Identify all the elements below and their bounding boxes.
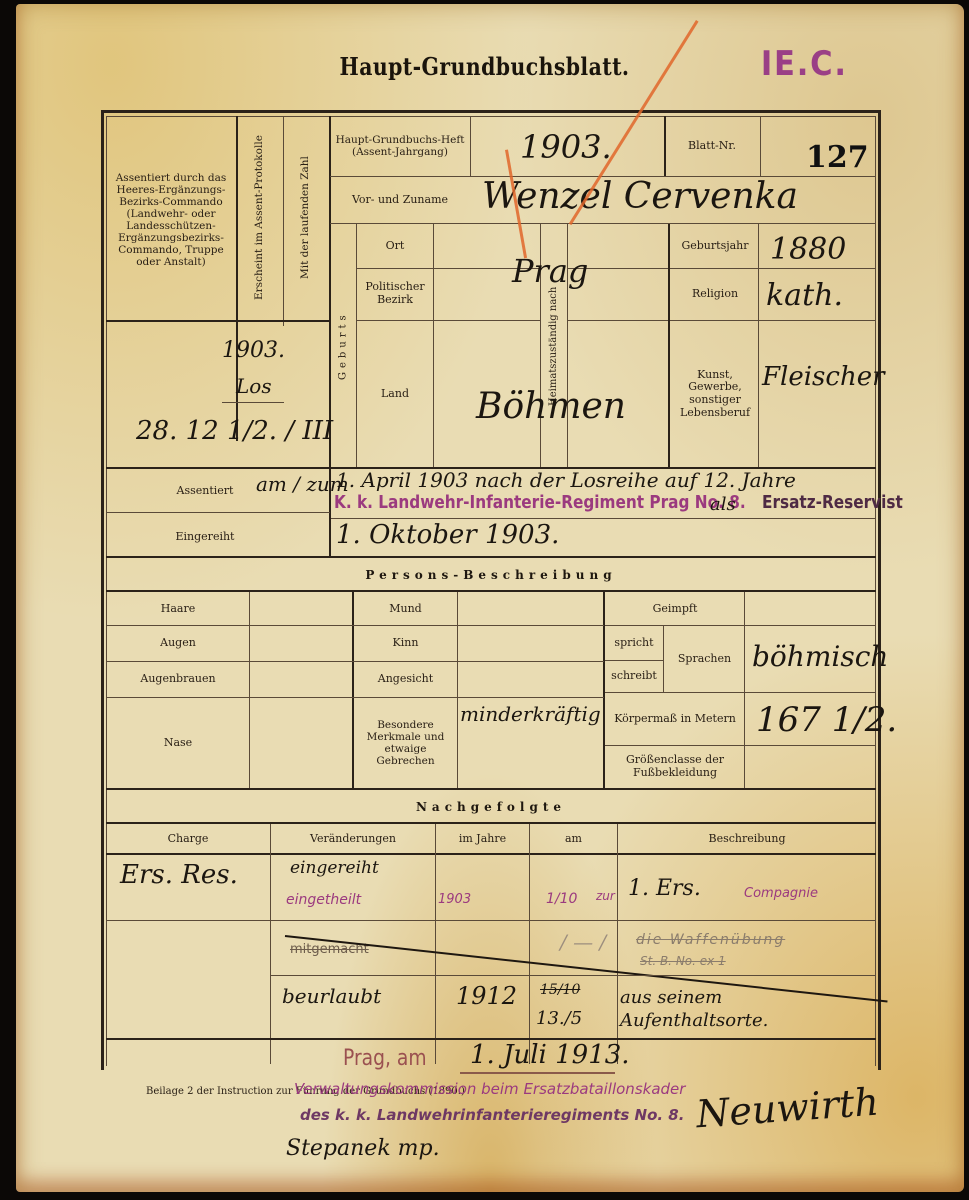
kinn-label: Kinn bbox=[355, 627, 456, 660]
row1-veraenderung-stamp: eingetheilt bbox=[286, 892, 361, 908]
nachgefolgte-section-title: Nachgefolgte bbox=[106, 800, 876, 814]
row1-beschreibung-stamp: Compagnie bbox=[744, 886, 818, 901]
schreibt-label: schreibt bbox=[606, 662, 662, 691]
nase-label: Nase bbox=[108, 699, 248, 787]
religion-value: kath. bbox=[766, 278, 843, 313]
geburt-label: Geburts bbox=[332, 226, 354, 466]
bezirk-label: Politischer Bezirk bbox=[358, 270, 432, 318]
row1-zur: zur bbox=[596, 889, 615, 903]
col-im-jahre: im Jahre bbox=[437, 826, 528, 852]
erscheint-label: Erscheint im Assent-Protokolle bbox=[244, 120, 274, 315]
sprachen-label: Sprachen bbox=[665, 627, 744, 691]
row3-am: 15/10 bbox=[540, 982, 580, 998]
regiment-footer-stamp: des k. k. Landwehrinfanterieregiments No… bbox=[300, 1106, 684, 1124]
regiment-stamp: K. k. Landwehr-Infanterie-Regiment Prag … bbox=[334, 492, 746, 513]
corner-stamp: IE.C. bbox=[761, 44, 848, 84]
name-value: Wenzel Cervenka bbox=[482, 176, 798, 217]
col-am: am bbox=[531, 826, 616, 852]
signature-left: Stepanek mp. bbox=[286, 1136, 440, 1161]
los-label: Los bbox=[236, 374, 272, 398]
row3-beschreibung-hand: aus seinem Aufenthaltsorte. bbox=[620, 986, 870, 1033]
haare-label: Haare bbox=[108, 594, 248, 624]
geburtsjahr-value: 1880 bbox=[770, 232, 846, 267]
row1-beschreibung-hand: 1. Ers. bbox=[628, 876, 701, 901]
col-veraenderungen: Veränderungen bbox=[272, 826, 434, 852]
geimpft-label: Geimpft bbox=[606, 594, 744, 624]
assentiert-durch-label: Assentiert durch das Heeres-Ergänzungs-B… bbox=[108, 125, 234, 315]
place-stamp: Prag, am bbox=[343, 1046, 427, 1071]
merkmale-value: minderkräftig bbox=[460, 702, 601, 726]
assent-number: 28. 12 1/2. / III bbox=[136, 416, 333, 446]
mund-label: Mund bbox=[355, 594, 456, 624]
land-value: Böhmen bbox=[476, 386, 626, 427]
angesicht-label: Angesicht bbox=[355, 663, 456, 696]
persons-section-title: Persons-Beschreibung bbox=[106, 568, 876, 582]
row1-am: 1/10 bbox=[546, 891, 577, 907]
row1-veraenderung-hand: eingereiht bbox=[290, 858, 379, 878]
col-beschreibung: Beschreibung bbox=[619, 826, 875, 852]
row3-veraenderung-hand: beurlaubt bbox=[282, 984, 381, 1008]
frame-right bbox=[878, 110, 881, 1070]
blatt-label: Blatt-Nr. bbox=[666, 118, 758, 174]
row3-am2: 13./5 bbox=[536, 1008, 582, 1029]
date-hand: 1. Juli 1913. bbox=[470, 1040, 630, 1070]
ort-label: Ort bbox=[358, 226, 432, 266]
geburtsjahr-label: Geburtsjahr bbox=[672, 226, 758, 266]
beruf-value: Fleischer bbox=[762, 362, 885, 392]
merkmale-label: Besondere Merkmale und etwaige Gebrechen bbox=[355, 699, 456, 787]
augenbrauen-label: Augenbrauen bbox=[108, 663, 248, 696]
row3-jahr: 1912 bbox=[456, 982, 517, 1010]
koerpermass-value: 167 1/2. bbox=[756, 700, 897, 740]
als-hand: als bbox=[710, 494, 736, 515]
row2-am: / — / bbox=[560, 930, 606, 954]
col-charge: Charge bbox=[108, 826, 268, 852]
commission-stamp: Verwaltungskommission beim Ersatzbataill… bbox=[294, 1080, 685, 1098]
blatt-value: 127 bbox=[806, 140, 869, 175]
frame-left bbox=[101, 110, 104, 1070]
spricht-label: spricht bbox=[606, 627, 662, 659]
sprachen-value: böhmisch bbox=[752, 640, 888, 673]
row2-beschreibung-stamp: die Waffenübung bbox=[636, 932, 785, 948]
row1-jahr: 1903 bbox=[438, 892, 471, 907]
assentiert-label: Assentiert bbox=[150, 480, 260, 502]
name-label: Vor- und Zuname bbox=[332, 178, 468, 222]
groessenclasse-label: Größenclasse der Fußbekleidung bbox=[606, 747, 744, 787]
frame-top bbox=[101, 110, 881, 113]
heft-value: 1903. bbox=[520, 128, 612, 166]
beruf-label: Kunst, Gewerbe, sonstiger Lebensberuf bbox=[672, 322, 758, 466]
eingereiht-value: 1. Oktober 1903. bbox=[336, 520, 559, 550]
assentiert-value: 1. April 1903 nach der Losreihe auf 12. … bbox=[336, 468, 796, 492]
heft-label: Haupt-Grundbuchs-Heft (Assent-Jahrgang) bbox=[332, 118, 468, 174]
augen-label: Augen bbox=[108, 627, 248, 660]
eingereiht-label: Eingereiht bbox=[150, 526, 260, 548]
row2-beschreibung-stamp2: St. B. No. ex 1 bbox=[640, 954, 726, 968]
land-label: Land bbox=[358, 322, 432, 466]
assent-year: 1903. bbox=[222, 338, 285, 363]
row1-charge: Ers. Res. bbox=[120, 860, 238, 890]
religion-label: Religion bbox=[672, 270, 758, 318]
laufende-zahl-label: Mit der laufenden Zahl bbox=[290, 120, 320, 315]
reservist-stamp: Ersatz-Reservist bbox=[762, 492, 903, 513]
koerpermass-label: Körpermaß in Metern bbox=[606, 694, 744, 744]
